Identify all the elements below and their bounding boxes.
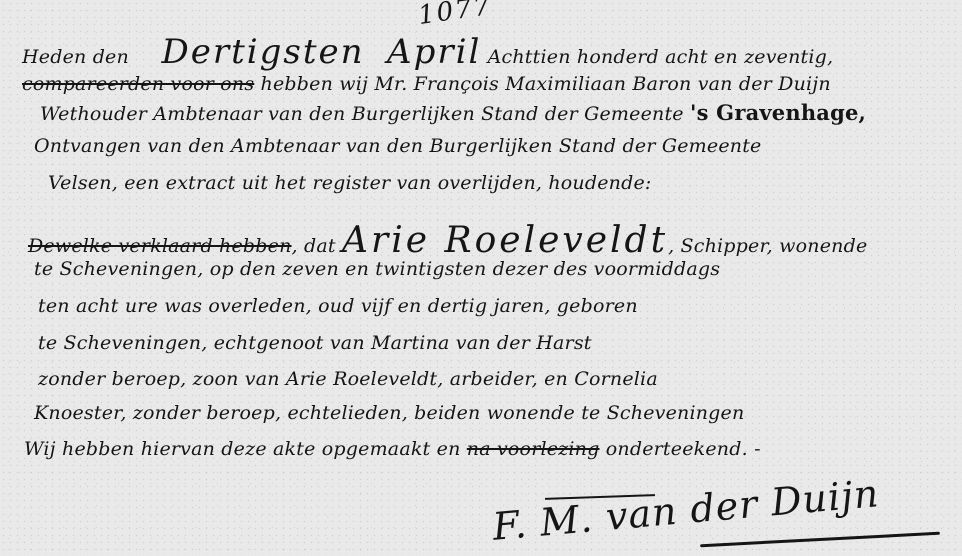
record-line-8: ten acht ure was overleden, oud vijf en … xyxy=(38,295,638,317)
folio-number: 1077 xyxy=(416,0,494,31)
parents-father-text: zonder beroep, zoon van Arie Roeleveldt,… xyxy=(38,368,658,390)
record-line-9: te Scheveningen, echtgenoot van Martina … xyxy=(38,332,592,354)
record-line-10: zonder beroep, zoon van Arie Roeleveldt,… xyxy=(38,368,658,390)
signature-underline-flourish xyxy=(700,532,940,548)
death-time-age-text: ten acht ure was overleden, oud vijf en … xyxy=(38,295,638,317)
record-line-3: Wethouder Ambtenaar van den Burgerlijken… xyxy=(40,100,866,125)
signed-text: onderteekend. - xyxy=(606,438,761,460)
civil-record-page: 1077 Heden den Dertigsten April Achttien… xyxy=(0,0,962,556)
official-title-text: Wethouder Ambtenaar van den Burgerlijken… xyxy=(40,103,684,125)
official-name-text: hebben wij Mr. François Maximiliaan Baro… xyxy=(261,73,831,95)
municipality-gravenhage: 's Gravenhage, xyxy=(690,100,866,125)
record-line-5: Velsen, een extract uit het register van… xyxy=(48,172,652,194)
record-line-12: Wij hebben hiervan deze akte opgemaakt e… xyxy=(24,438,761,460)
record-line-2: compareerden voor ons hebben wij Mr. Fra… xyxy=(22,73,831,95)
text-dat: , dat xyxy=(292,235,336,257)
closing-text: Wij hebben hiervan deze akte opgemaakt e… xyxy=(24,438,461,460)
date-year-text: Achttien honderd acht en zeventig, xyxy=(488,46,834,68)
record-line-11: Knoester, zonder beroep, echtelieden, be… xyxy=(34,402,744,424)
death-date-text: te Scheveningen, op den zeven en twintig… xyxy=(34,258,720,280)
record-line-6: Dewelke verklaard hebben, dat Arie Roele… xyxy=(28,220,867,261)
struck-text-dewelke: Dewelke verklaard hebben xyxy=(28,235,292,257)
struck-text-compareerden: compareerden voor ons xyxy=(22,73,254,95)
occupation-residence-text: , Schipper, wonende xyxy=(668,235,867,257)
date-month-april: April xyxy=(387,32,481,72)
parents-mother-text: Knoester, zonder beroep, echtelieden, be… xyxy=(34,402,744,424)
deceased-name: Arie Roeleveldt xyxy=(342,220,668,261)
birthplace-spouse-text: te Scheveningen, echtgenoot van Martina … xyxy=(38,332,592,354)
received-from-text: Ontvangen van den Ambtenaar van den Burg… xyxy=(34,135,762,157)
date-day-dertigsten: Dertigsten xyxy=(161,32,364,72)
text-heden-den: Heden den xyxy=(22,46,129,68)
record-line-7: te Scheveningen, op den zeven en twintig… xyxy=(34,258,720,280)
record-line-1: Heden den Dertigsten April Achttien hond… xyxy=(22,32,833,72)
record-line-4: Ontvangen van den Ambtenaar van den Burg… xyxy=(34,135,762,157)
struck-text-na-voorlezing: na voorlezing xyxy=(467,438,600,460)
extract-register-text: Velsen, een extract uit het register van… xyxy=(48,172,652,194)
